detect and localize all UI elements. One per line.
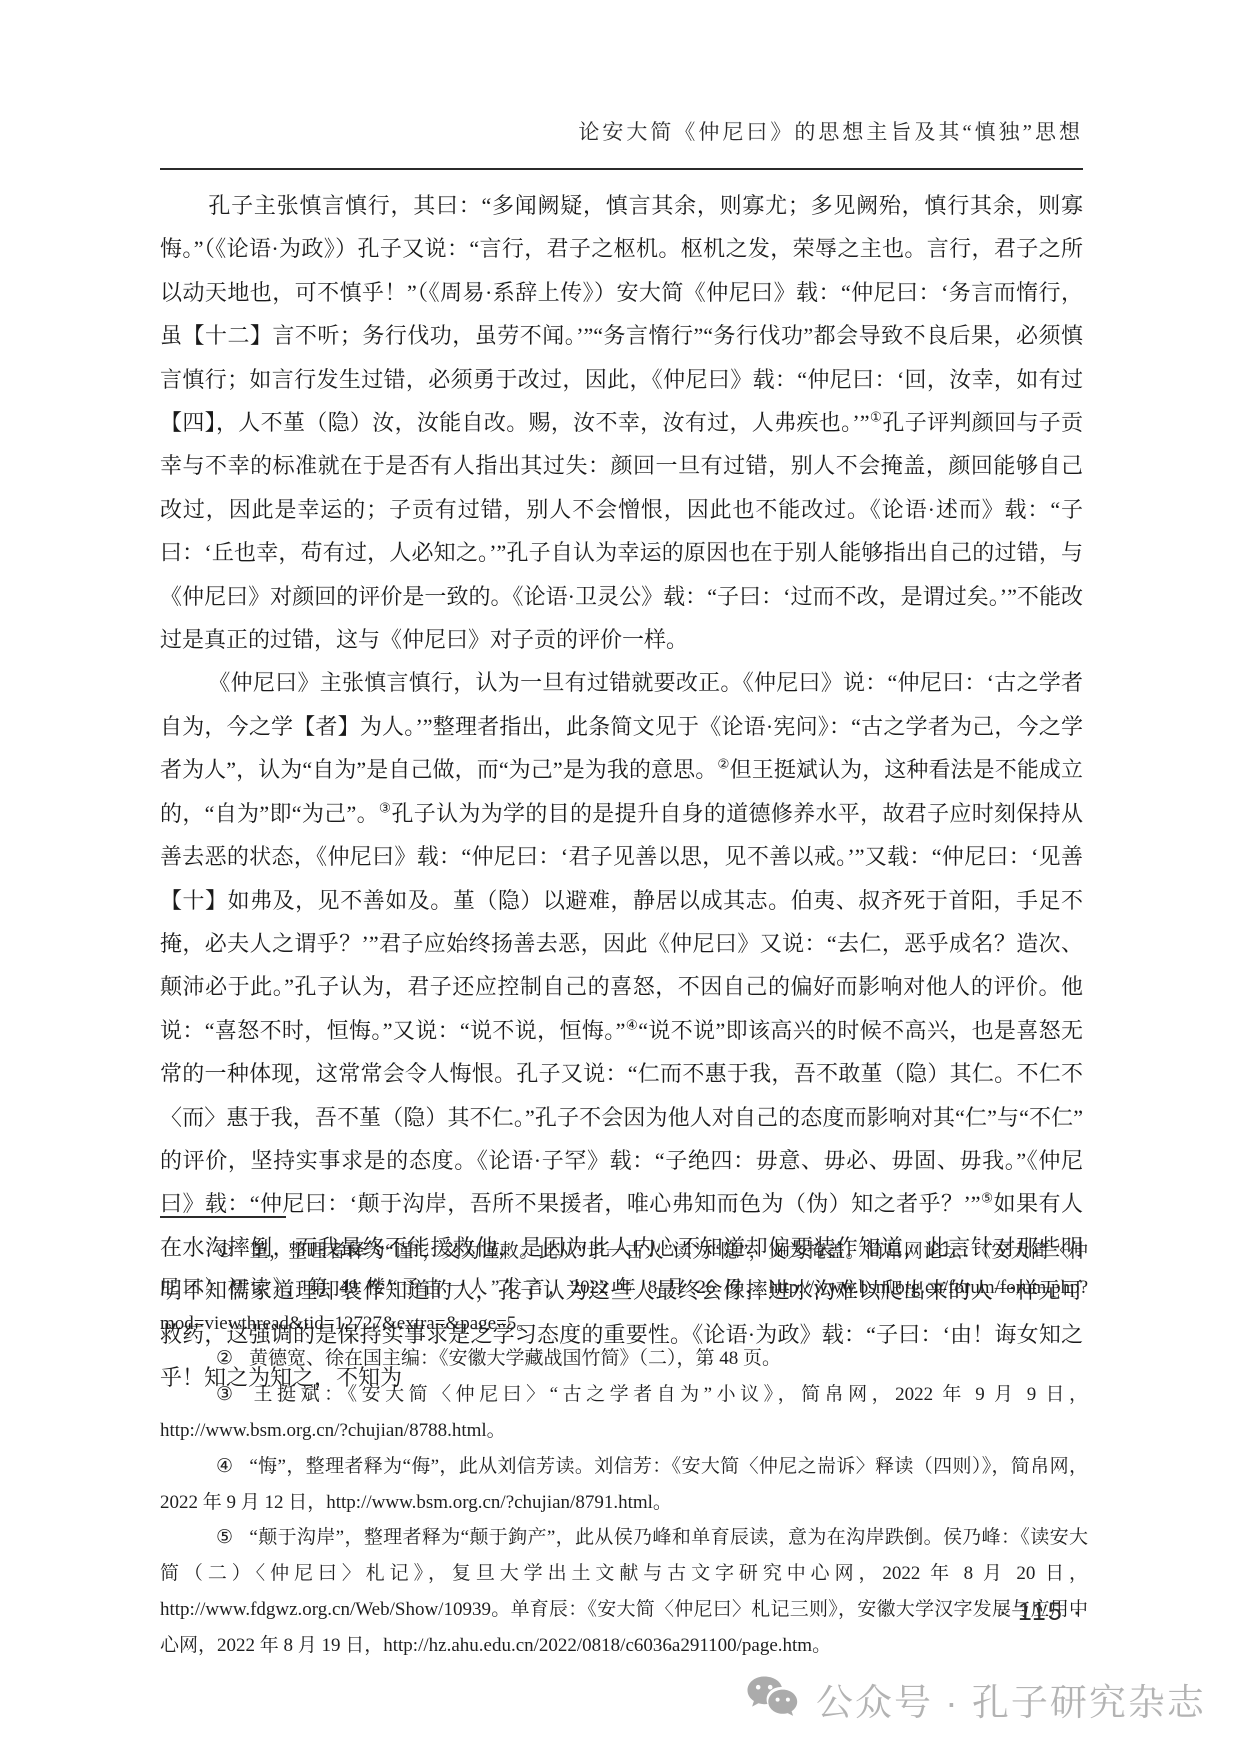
- footnote-text: “颠于沟岸”，整理者释为“颠于鉤产”，此从侯乃峰和单育辰读，意为在沟岸跌倒。侯乃…: [160, 1527, 1088, 1655]
- body-paragraph: 孔子主张慎言慎行，其曰：“多闻阙疑，慎言其余，则寡尤；多见阙殆，慎行其余，则寡悔…: [160, 184, 1083, 661]
- footnote-text: 王挺斌：《安大简〈仲尼曰〉“古之学者自为”小议》，简帛网，2022 年 9 月 …: [160, 1384, 1088, 1441]
- wechat-watermark: 公众号 · 孔子研究杂志: [746, 1672, 1206, 1726]
- footnote-divider: [160, 1216, 286, 1218]
- watermark-label: 公众号 · 孔子研究杂志: [816, 1672, 1206, 1726]
- running-head-title: 论安大简《仲尼曰》的思想主旨及其“慎独”思想: [160, 116, 1083, 146]
- footnote-marker: ②: [216, 1348, 233, 1369]
- footnote-text: 堇，整理者释为“谨”，义为谨敕。此从“予一古人”读为“隐”，义为掩盖。简帛网论坛…: [160, 1241, 1088, 1334]
- footnote-text: 黄德宽、徐在国主编：《安徽大学藏战国竹简》（二），第 48 页。: [249, 1348, 781, 1369]
- header-divider: [160, 168, 1083, 170]
- page-number: · 115 ·: [160, 1598, 1083, 1627]
- footnote-item: ①堇，整理者释为“谨”，义为谨敕。此从“予一古人”读为“隐”，义为掩盖。简帛网论…: [160, 1234, 1088, 1341]
- footnote-item: ②黄德宽、徐在国主编：《安徽大学藏战国竹简》（二），第 48 页。: [160, 1341, 1088, 1377]
- footnote-item: ③王挺斌：《安大简〈仲尼曰〉“古之学者自为”小议》，简帛网，2022 年 9 月…: [160, 1377, 1088, 1449]
- wechat-icon: [746, 1675, 802, 1723]
- footnote-item: ⑤“颠于沟岸”，整理者释为“颠于鉤产”，此从侯乃峰和单育辰读，意为在沟岸跌倒。侯…: [160, 1520, 1088, 1663]
- journal-page: 论安大简《仲尼曰》的思想主旨及其“慎独”思想 孔子主张慎言慎行，其曰：“多闻阙疑…: [0, 0, 1241, 1754]
- footnote-marker: ③: [216, 1384, 238, 1405]
- footnote-item: ④“悔”，整理者释为“侮”，此从刘信芳读。刘信芳：《安大简〈仲尼之耑诉〉释读（四…: [160, 1449, 1088, 1521]
- footnote-text: “悔”，整理者释为“侮”，此从刘信芳读。刘信芳：《安大简〈仲尼之耑诉〉释读（四则…: [160, 1456, 1088, 1513]
- footnote-marker: ⑤: [216, 1527, 233, 1548]
- footnote-marker: ①: [216, 1241, 233, 1262]
- article-body: 孔子主张慎言慎行，其曰：“多闻阙疑，慎言其余，则寡尤；多见阙殆，慎行其余，则寡悔…: [160, 184, 1083, 1399]
- footnote-marker: ④: [216, 1456, 233, 1477]
